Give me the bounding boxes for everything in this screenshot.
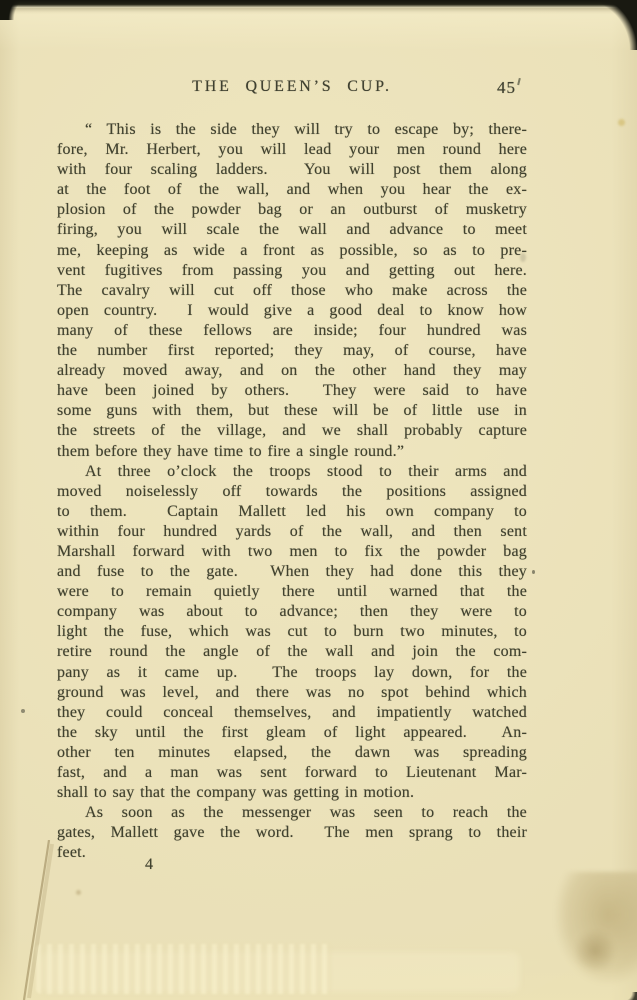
- text-line: light the fuse, which was cut to burn tw…: [57, 622, 527, 642]
- signature-mark: 4: [145, 856, 153, 874]
- book-page-scan: THE QUEEN’S CUP. 45 “ This is the side t…: [0, 0, 637, 1000]
- text-line: were to remain quietly there until warne…: [57, 582, 527, 602]
- ink-speck-right-margin: [532, 570, 535, 574]
- paragraph: “ This is the side they will try to esca…: [57, 120, 527, 462]
- text-line: plosion of the powder bag or an outburst…: [57, 200, 527, 220]
- scan-top-edge-shadow: [0, 0, 637, 8]
- text-line: shall to say that the company was gettin…: [57, 783, 527, 803]
- text-line: have been joined by others. They were sa…: [57, 381, 527, 401]
- page-crease: [0, 840, 80, 1000]
- text-line: the streets of the village, and we shall…: [57, 421, 527, 441]
- text-line: and fuse to the gate. When they had done…: [57, 562, 527, 582]
- text-line: many of these fellows are inside; four h…: [57, 321, 527, 341]
- text-line: ground was level, and there was no spot …: [57, 683, 527, 703]
- text-line: pany as it came up. The troops lay down,…: [57, 663, 527, 683]
- text-line: retire round the angle of the wall and j…: [57, 642, 527, 662]
- text-line: already moved away, and on the other han…: [57, 361, 527, 381]
- text-line: As soon as the messenger was seen to rea…: [57, 803, 527, 823]
- text-line: with four scaling ladders. You will post…: [57, 160, 527, 180]
- text-block: “ This is the side they will try to esca…: [57, 120, 527, 863]
- text-line: within four hundred yards of the wall, a…: [57, 522, 527, 542]
- paragraph: At three o’clock the troops stood to the…: [57, 462, 527, 804]
- text-line: me, keeping as wide a front as possible,…: [57, 241, 527, 261]
- bottom-streak-band: [36, 944, 332, 994]
- text-line: other ten minutes elapsed, the dawn was …: [57, 743, 527, 763]
- text-line: fast, and a man was sent forward to Lieu…: [57, 763, 527, 783]
- scan-corner-top-right: [579, 0, 637, 50]
- text-line: Marshall forward with two men to fix the…: [57, 542, 527, 562]
- text-line: feet.: [57, 843, 527, 863]
- text-line: gates, Mallett gave the word. The men sp…: [57, 823, 527, 843]
- page-header: THE QUEEN’S CUP. 45: [57, 78, 527, 100]
- text-line: fore, Mr. Herbert, you will lead your me…: [57, 140, 527, 160]
- text-line: vent fugitives from passing you and gett…: [57, 261, 527, 281]
- page-title: THE QUEEN’S CUP.: [57, 78, 527, 96]
- text-line: moved noiselessly off towards the positi…: [57, 482, 527, 502]
- paper-freckle: [76, 890, 81, 895]
- text-line: them before they have time to fire a sin…: [57, 442, 527, 462]
- text-line: “ This is the side they will try to esca…: [57, 120, 527, 140]
- text-line: firing, you will scale the wall and adva…: [57, 220, 527, 240]
- stain-bottom-right-dark: [575, 928, 615, 974]
- text-line: some guns with them, but these will be o…: [57, 401, 527, 421]
- ink-speck-left-margin: [21, 709, 25, 713]
- text-line: the sky until the first gleam of light a…: [57, 723, 527, 743]
- text-line: The cavalry will cut off those who make …: [57, 281, 527, 301]
- text-line: company was about to advance; then they …: [57, 602, 527, 622]
- text-line: to them. Captain Mallett led his own com…: [57, 502, 527, 522]
- page-number: 45: [497, 78, 516, 98]
- paragraph: As soon as the messenger was seen to rea…: [57, 803, 527, 863]
- text-line: At three o’clock the troops stood to the…: [57, 462, 527, 482]
- scan-corner-top-left: [0, 0, 42, 20]
- yellow-spot: [618, 119, 625, 126]
- text-line: open country. I would give a good deal t…: [57, 301, 527, 321]
- text-line: the number first reported; they may, of …: [57, 341, 527, 361]
- text-line: they could conceal themselves, and impat…: [57, 703, 527, 723]
- scan-corner-bottom-right: [623, 992, 637, 1000]
- text-line: at the foot of the wall, and when you he…: [57, 180, 527, 200]
